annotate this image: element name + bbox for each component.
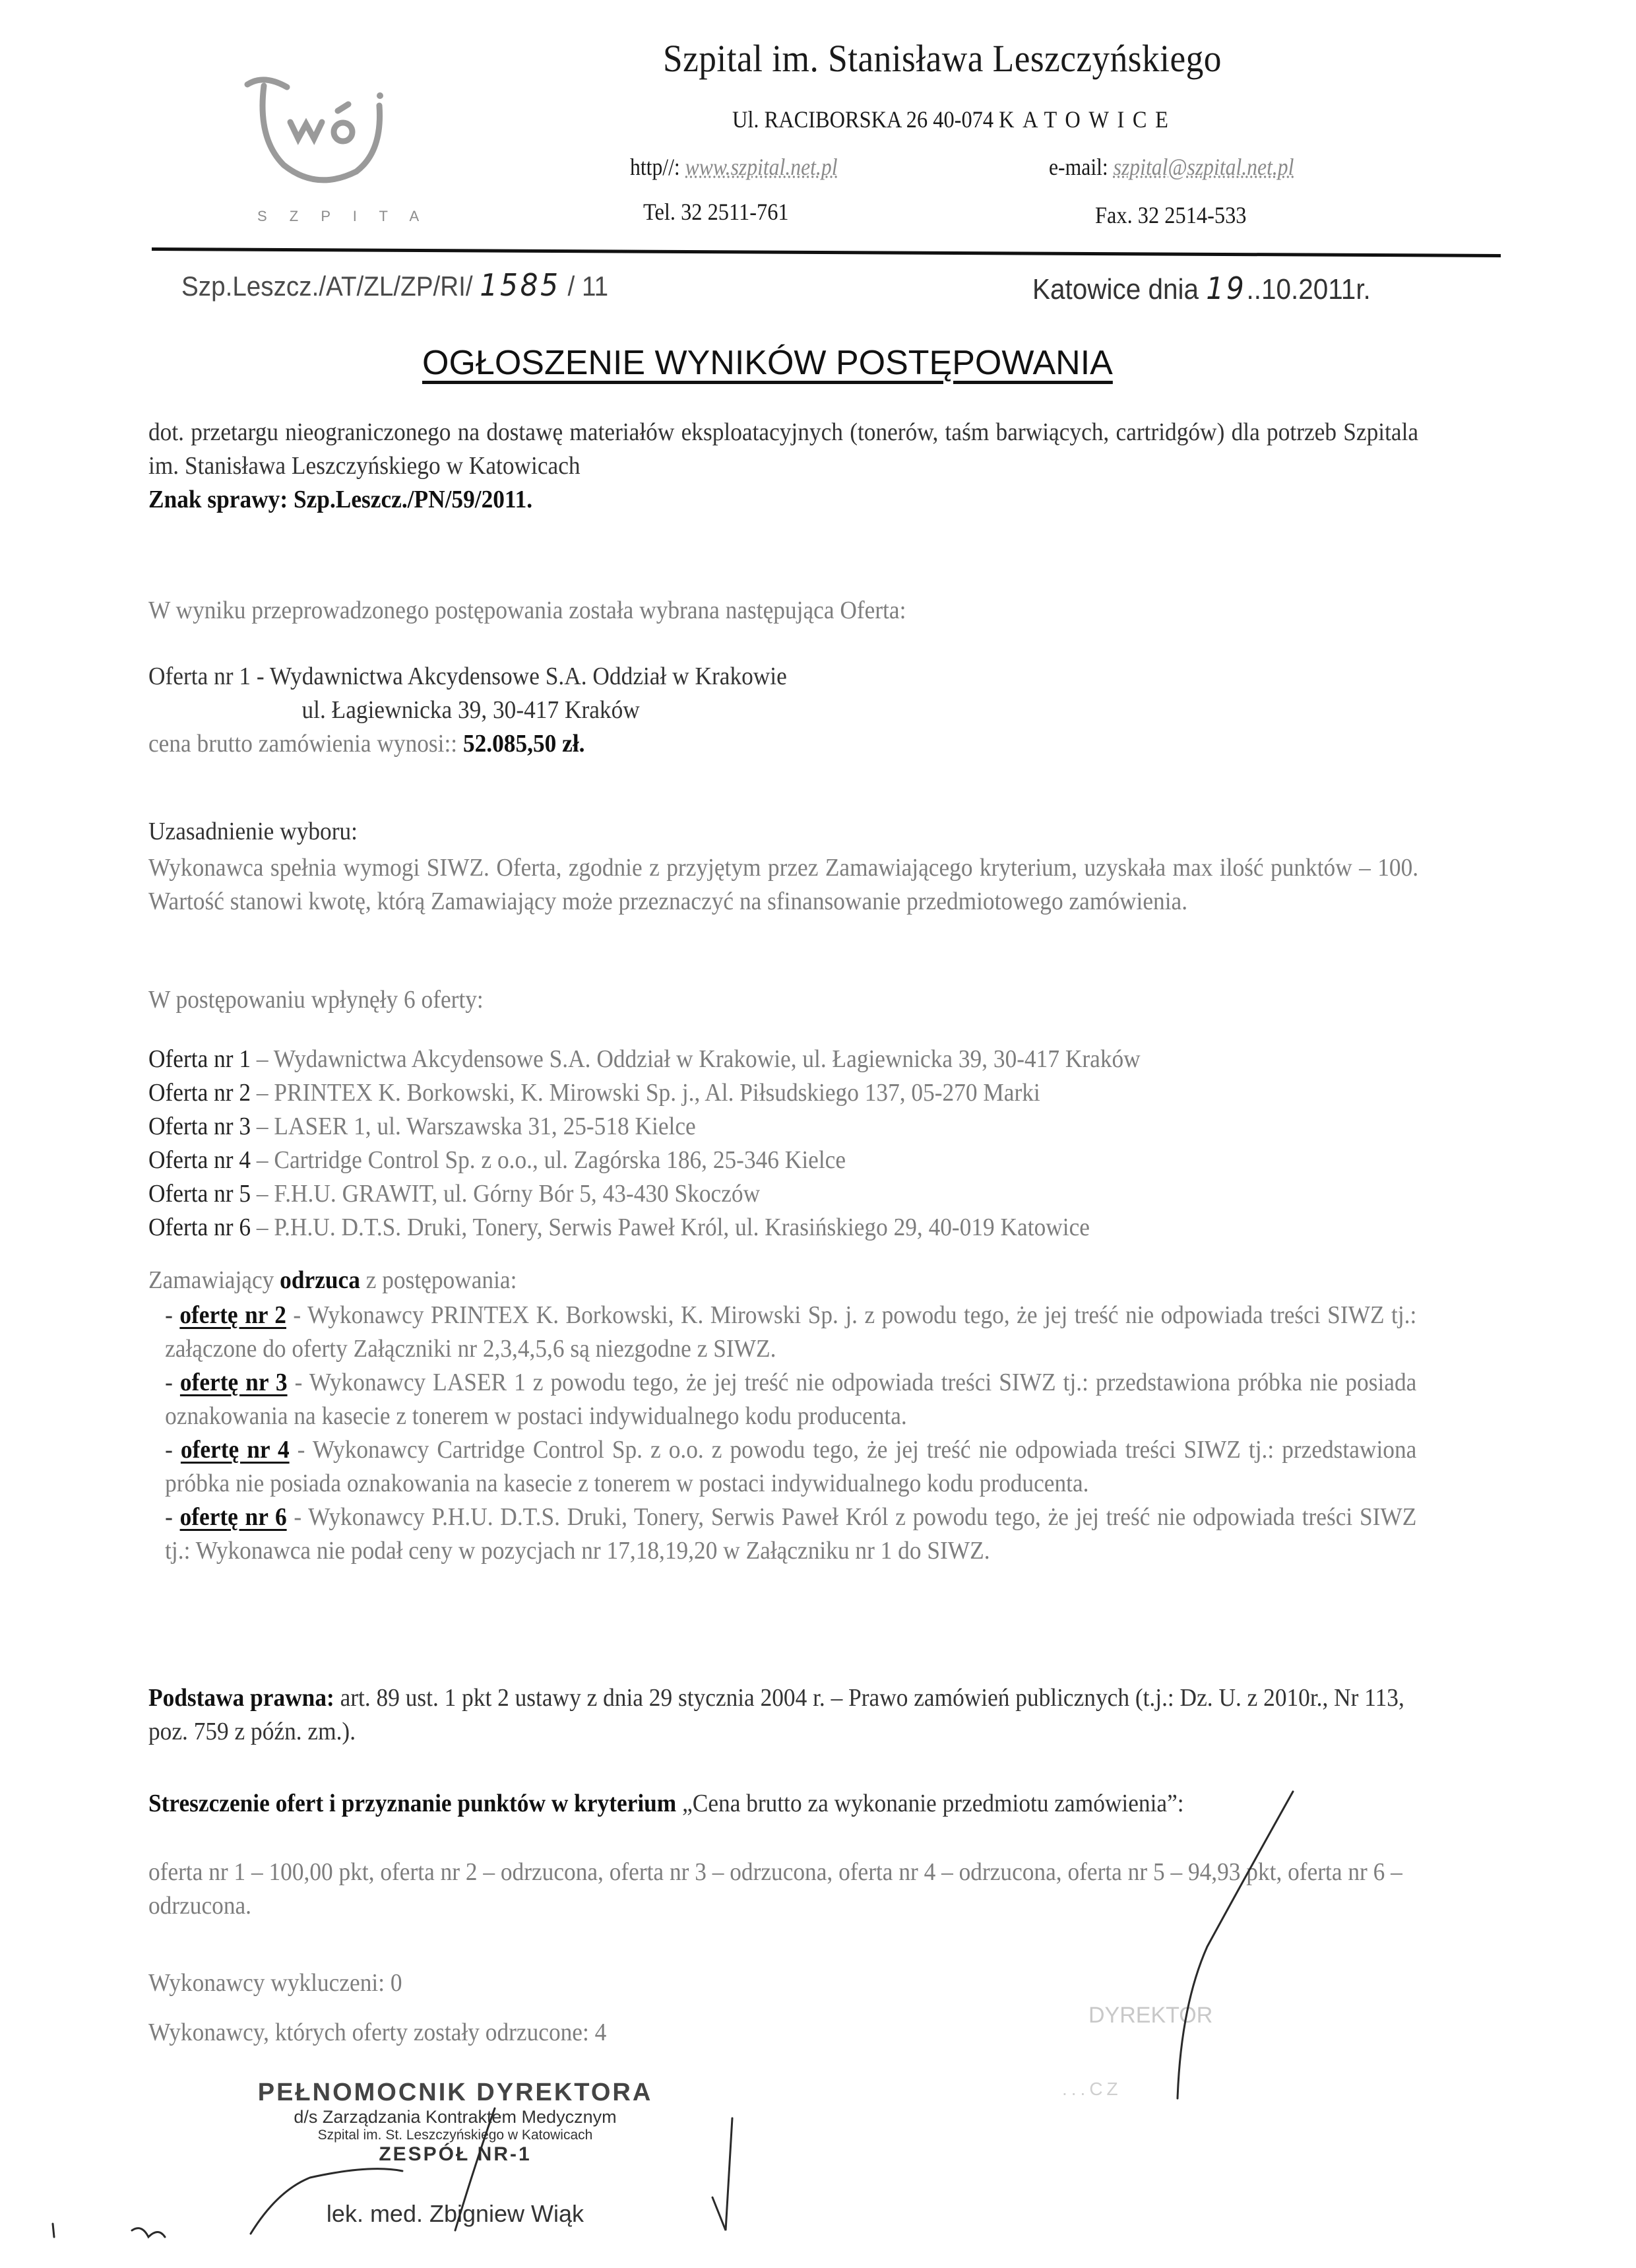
offer-label: Oferta nr 3 xyxy=(148,1113,251,1140)
rejected-offer-label: ofertę nr 6 xyxy=(180,1503,287,1531)
excluded-count: Wykonawcy wykluczeni: 0 xyxy=(148,1966,1418,2000)
summary-heading: Streszczenie ofert i przyznanie punktów … xyxy=(148,1787,1418,1821)
email: e-mail: szpital@szpital.net.pl xyxy=(1049,153,1294,181)
bullet-dash: - xyxy=(165,1301,179,1329)
rejected-count: Wykonawcy, których oferty zostały odrzuc… xyxy=(148,2016,1418,2050)
selection-intro: W wyniku przeprowadzonego postępowania z… xyxy=(148,594,1418,628)
reference-number: Szp.Leszcz./AT/ZL/ZP/RI/ 1585 / 11 xyxy=(181,267,608,303)
offer-list-item: Oferta nr 3 – LASER 1, ul. Warszawska 31… xyxy=(148,1110,1418,1144)
rejection-reason: - Wykonawcy P.H.U. D.T.S. Druki, Tonery,… xyxy=(165,1503,1416,1565)
fax-number: Fax. 32 2514-533 xyxy=(1095,201,1247,229)
summary-heading-rest: „Cena brutto za wykonanie przedmiotu zam… xyxy=(676,1790,1183,1817)
justification-text: Wykonawca spełnia wymogi SIWZ. Oferta, z… xyxy=(148,851,1418,919)
document-title: OGŁOSZENIE WYNIKÓW POSTĘPOWANIA xyxy=(422,343,1113,383)
offer-label: Oferta nr 1 xyxy=(148,1045,251,1073)
rejections-intro-post: z postępowania: xyxy=(360,1266,517,1294)
stamp-line-4: ZESPÓŁ NR-1 xyxy=(257,2143,653,2166)
twoj-szpital-logo-icon: S Z P I T A L xyxy=(218,59,435,231)
offer-list-item: Oferta nr 4 – Cartridge Control Sp. z o.… xyxy=(148,1144,1418,1177)
subject-text: dot. przetargu nieograniczonego na dosta… xyxy=(148,418,1418,480)
rejections-intro-bold: odrzuca xyxy=(280,1266,360,1294)
signature-stamp: PEŁNOMOCNIK DYREKTORA d/s Zarządzania Ko… xyxy=(257,2079,653,2228)
date-suffix: ..10.2011r. xyxy=(1247,273,1371,306)
rejection-reason: - Wykonawcy LASER 1 z powodu tego, że je… xyxy=(165,1369,1416,1430)
bullet-dash: - xyxy=(165,1369,180,1396)
offer-list-item: Oferta nr 5 – F.H.U. GRAWIT, ul. Górny B… xyxy=(148,1177,1418,1211)
selected-offer-address: ul. Łagiewnicka 39, 30-417 Kraków xyxy=(148,694,1418,727)
website: http//: www.szpital.net.pl xyxy=(630,153,838,181)
date-prefix: Katowice dnia xyxy=(1032,273,1206,306)
address-city: KATOWICE xyxy=(999,106,1176,133)
selected-offer: Oferta nr 1 - Wydawnictwa Akcydensowe S.… xyxy=(148,660,1418,761)
email-label: e-mail: xyxy=(1049,154,1114,180)
address-street: Ul. RACIBORSKA 26 40-074 xyxy=(732,106,999,133)
website-link[interactable]: www.szpital.net.pl xyxy=(685,154,838,180)
justification-heading: Uzasadnienie wyboru: xyxy=(148,815,1418,849)
email-link[interactable]: szpital@szpital.net.pl xyxy=(1114,154,1294,180)
offers-intro: W postępowaniu wpłynęły 6 oferty: xyxy=(148,983,1418,1017)
offer-details: – Cartridge Control Sp. z o.o., ul. Zagó… xyxy=(251,1146,846,1174)
offer-label: Oferta nr 4 xyxy=(148,1146,251,1174)
summary-scores: oferta nr 1 – 100,00 pkt, oferta nr 2 – … xyxy=(148,1856,1418,1923)
svg-text:S Z P I T A L: S Z P I T A L xyxy=(257,208,435,224)
rejection-item: - ofertę nr 4 - Wykonawcy Cartridge Cont… xyxy=(165,1433,1416,1501)
reference-suffix: / 11 xyxy=(561,271,608,302)
rejections-intro-pre: Zamawiający xyxy=(148,1266,280,1294)
rejections-intro: Zamawiający odrzuca z postępowania: xyxy=(148,1264,1418,1297)
stamp-line-2: d/s Zarządzania Kontraktem Medycznym xyxy=(257,2107,653,2127)
document-date: Katowice dnia 19..10.2011r. xyxy=(1032,271,1371,306)
stamp-signatory: lek. med. Zbigniew Wiąk xyxy=(257,2200,653,2228)
legal-basis: Podstawa prawna: art. 89 ust. 1 pkt 2 us… xyxy=(148,1681,1418,1749)
bullet-dash: - xyxy=(165,1436,181,1464)
rejections-list: - ofertę nr 2 - Wykonawcy PRINTEX K. Bor… xyxy=(148,1299,1416,1568)
case-number: Szp.Leszcz./PN/59/2011. xyxy=(294,486,532,513)
header-divider xyxy=(152,247,1501,257)
phone-number: Tel. 32 2511-761 xyxy=(643,198,789,226)
hospital-logo: S Z P I T A L xyxy=(218,59,435,231)
selected-offer-name: Oferta nr 1 - Wydawnictwa Akcydensowe S.… xyxy=(148,660,1418,694)
website-label: http//: xyxy=(630,154,685,180)
reference-prefix: Szp.Leszcz./AT/ZL/ZP/RI/ xyxy=(181,271,480,302)
hospital-name: Szpital im. Stanisława Leszczyńskiego xyxy=(663,36,1222,81)
hospital-address: Ul. RACIBORSKA 26 40-074 KATOWICE xyxy=(732,106,1177,133)
rejection-item: - ofertę nr 2 - Wykonawcy PRINTEX K. Bor… xyxy=(165,1299,1416,1366)
handwritten-day: 19 xyxy=(1206,271,1246,306)
offer-label: Oferta nr 5 xyxy=(148,1180,251,1208)
offer-list-item: Oferta nr 1 – Wydawnictwa Akcydensowe S.… xyxy=(148,1043,1418,1076)
rejection-item: - ofertę nr 6 - Wykonawcy P.H.U. D.T.S. … xyxy=(165,1501,1416,1568)
stamp-line-1: PEŁNOMOCNIK DYREKTORA xyxy=(257,2079,653,2107)
offers-list: Oferta nr 1 – Wydawnictwa Akcydensowe S.… xyxy=(148,1043,1418,1245)
bullet-dash: - xyxy=(165,1503,179,1531)
offer-details: – F.H.U. GRAWIT, ul. Górny Bór 5, 43-430… xyxy=(251,1180,760,1208)
rejected-offer-label: ofertę nr 4 xyxy=(181,1436,290,1464)
faded-stamp-title: DYREKTOR xyxy=(1088,2003,1212,2028)
offer-details: – PRINTEX K. Borkowski, K. Mirowski Sp. … xyxy=(251,1079,1040,1107)
rejection-reason: - Wykonawcy PRINTEX K. Borkowski, K. Mir… xyxy=(165,1301,1416,1363)
rejected-offer-label: ofertę nr 2 xyxy=(179,1301,286,1329)
subject-block: dot. przetargu nieograniczonego na dosta… xyxy=(148,416,1418,517)
rejection-item: - ofertę nr 3 - Wykonawcy LASER 1 z powo… xyxy=(165,1366,1416,1433)
legal-basis-label: Podstawa prawna: xyxy=(148,1684,334,1712)
rejection-reason: - Wykonawcy Cartridge Control Sp. z o.o.… xyxy=(165,1436,1416,1497)
legal-basis-text: art. 89 ust. 1 pkt 2 ustawy z dnia 29 st… xyxy=(148,1684,1404,1745)
handwritten-reference: 1585 xyxy=(480,267,560,303)
stamp-line-3: Szpital im. St. Leszczyńskiego w Katowic… xyxy=(257,2127,653,2143)
offer-list-item: Oferta nr 6 – P.H.U. D.T.S. Druki, Toner… xyxy=(148,1211,1418,1245)
summary-heading-bold: Streszczenie ofert i przyznanie punktów … xyxy=(148,1790,676,1817)
offer-details: – P.H.U. D.T.S. Druki, Tonery, Serwis Pa… xyxy=(251,1214,1090,1241)
case-label: Znak sprawy: xyxy=(148,486,294,513)
price-label: cena brutto zamówienia wynosi:: xyxy=(148,730,463,758)
offer-label: Oferta nr 6 xyxy=(148,1214,251,1241)
offer-list-item: Oferta nr 2 – PRINTEX K. Borkowski, K. M… xyxy=(148,1076,1418,1110)
price-value: 52.085,50 zł. xyxy=(463,730,585,758)
offer-details: – LASER 1, ul. Warszawska 31, 25-518 Kie… xyxy=(251,1113,696,1140)
faded-stamp-line: ...CZ xyxy=(1062,2079,1122,2100)
offer-label: Oferta nr 2 xyxy=(148,1079,251,1107)
rejected-offer-label: ofertę nr 3 xyxy=(180,1369,288,1396)
offer-details: – Wydawnictwa Akcydensowe S.A. Oddział w… xyxy=(251,1045,1141,1073)
